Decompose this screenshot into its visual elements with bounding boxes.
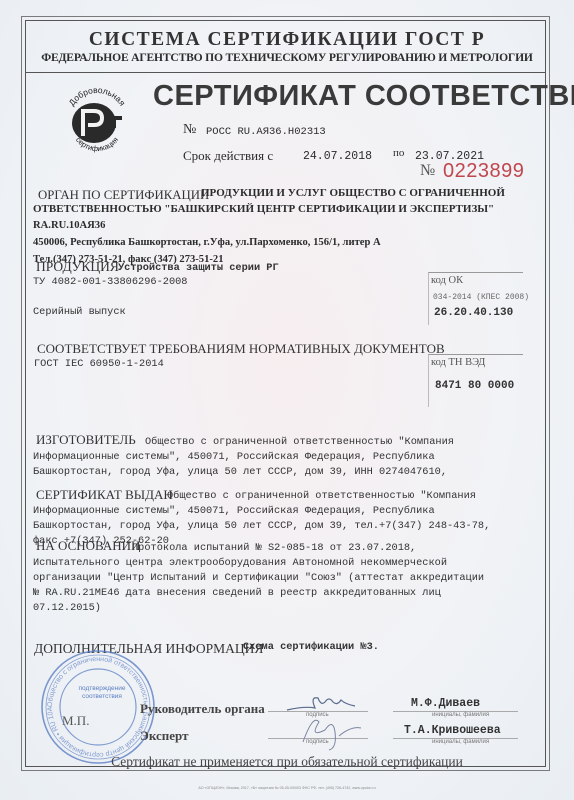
mp-label: М.П. <box>62 713 89 729</box>
serial-number: 0223899 <box>443 160 524 183</box>
expert-name-caption: инициалы, фамилия <box>432 739 489 745</box>
issued-to-line2: Информационные системы", 450071, Российс… <box>33 504 435 519</box>
manufacturer-label: ИЗГОТОВИТЕЛЬ <box>36 432 136 448</box>
product-name: Устройства защиты серии РГ <box>118 261 279 276</box>
head-sign-caption: подпись <box>306 712 329 718</box>
cert-body-line1: ПРОДУКЦИИ И УСЛУГ ОБЩЕСТВО С ОГРАНИЧЕННО… <box>201 187 505 199</box>
basis-line1: Протокола испытаний № S2-085-18 от 23.07… <box>132 541 416 556</box>
ok-code-label: код ОК <box>431 275 463 286</box>
system-title: СИСТЕМА СЕРТИФИКАЦИИ ГОСТ Р <box>0 29 574 51</box>
ok-code-value: 26.20.40.130 <box>434 307 513 319</box>
stamp-center-text: подтверждение соответствия <box>72 685 132 701</box>
manufacturer-line3: Башкортостан, город Уфа, улица 50 лет СС… <box>33 465 447 480</box>
manufacturer-line2: Информационные системы", 450071, Российс… <box>33 450 435 465</box>
header-divider <box>25 72 546 73</box>
certificate-title: СЕРТИФИКАТ СООТВЕТСТВИЯ <box>153 80 574 113</box>
product-release: Серийный выпуск <box>33 305 126 320</box>
tn-ved-label: код ТН ВЭД <box>431 357 485 368</box>
svg-text:Общество с ограниченной ответс: Общество с ограниченной ответственностью… <box>39 648 149 758</box>
product-spec: ТУ 4082-001-33806296-2008 <box>33 275 187 290</box>
cert-number: РОСС RU.АЯ36.Н02313 <box>206 126 326 138</box>
basis-line4: № RA.RU.21МЕ46 дата внесения сведений в … <box>33 586 441 601</box>
cert-body-label: ОРГАН ПО СЕРТИФИКАЦИИ <box>38 188 209 203</box>
agency-name: ФЕДЕРАЛЬНОЕ АГЕНТСТВО ПО ТЕХНИЧЕСКОМУ РЕ… <box>0 51 574 64</box>
stamp-line1: подтверждение <box>72 685 132 693</box>
expert-label: Эксперт <box>140 728 188 744</box>
head-label: Руководитель органа <box>140 701 265 717</box>
issued-to-line1: Общество с ограниченной ответственностью… <box>167 489 476 504</box>
valid-to-label: по <box>393 147 404 159</box>
basis-line5: 07.12.2015) <box>33 601 101 616</box>
manufacturer-line1: Общество с ограниченной ответственностью… <box>145 435 454 450</box>
expert-sign-caption: подпись <box>306 739 329 745</box>
basis-label: НА ОСНОВАНИИ <box>36 538 140 554</box>
ok-classifier: 034-2014 (КПЕС 2008) <box>433 293 529 302</box>
head-name: М.Ф.Диваев <box>411 697 480 710</box>
footer-note: Сертификат не применяется при обязательн… <box>0 754 574 770</box>
conformity-label: СООТВЕТСТВУЕТ ТРЕБОВАНИЯМ НОРМАТИВНЫХ ДО… <box>37 341 445 357</box>
printer-imprint: АО «ОПЦИОН», Москва, 2017, «Б» лицензия … <box>0 786 574 790</box>
stamp-line2: соответствия <box>72 693 132 701</box>
cert-body-accreditation: RA.RU.10АЯ36 <box>33 220 105 231</box>
head-name-caption: инициалы, фамилия <box>432 712 489 718</box>
serial-number-label: № <box>420 162 435 180</box>
validity-label: Срок действия с <box>183 148 273 164</box>
conformity-standard: ГОСТ IEC 60950-1-2014 <box>34 357 164 372</box>
rst-logo-icon: Добровольная сертификация <box>61 85 133 157</box>
issued-to-line3: Башкортостан, город Уфа, улица 50 лет СС… <box>33 519 490 534</box>
cert-number-label: № <box>183 122 196 138</box>
expert-signature-icon <box>295 712 365 757</box>
cert-body-address: 450006, Республика Башкортостан, г.Уфа, … <box>33 237 381 248</box>
issued-to-label: СЕРТИФИКАТ ВЫДАН <box>36 487 173 503</box>
basis-line3: организации "Центр Испытаний и Сертифика… <box>33 571 484 586</box>
tn-ved-value: 8471 80 0000 <box>435 380 514 392</box>
expert-name: Т.А.Кривошеева <box>404 724 501 737</box>
product-label: ПРОДУКЦИЯ <box>36 259 119 275</box>
cert-body-line2: ОТВЕТСТВЕННОСТЬЮ "БАШКИРСКИЙ ЦЕНТР СЕРТИ… <box>33 203 494 215</box>
basis-line2: Испытательного центра электрооборудовани… <box>33 556 447 571</box>
valid-from: 24.07.2018 <box>303 150 372 163</box>
additional-info-text: Схема сертификации №3. <box>243 640 379 655</box>
